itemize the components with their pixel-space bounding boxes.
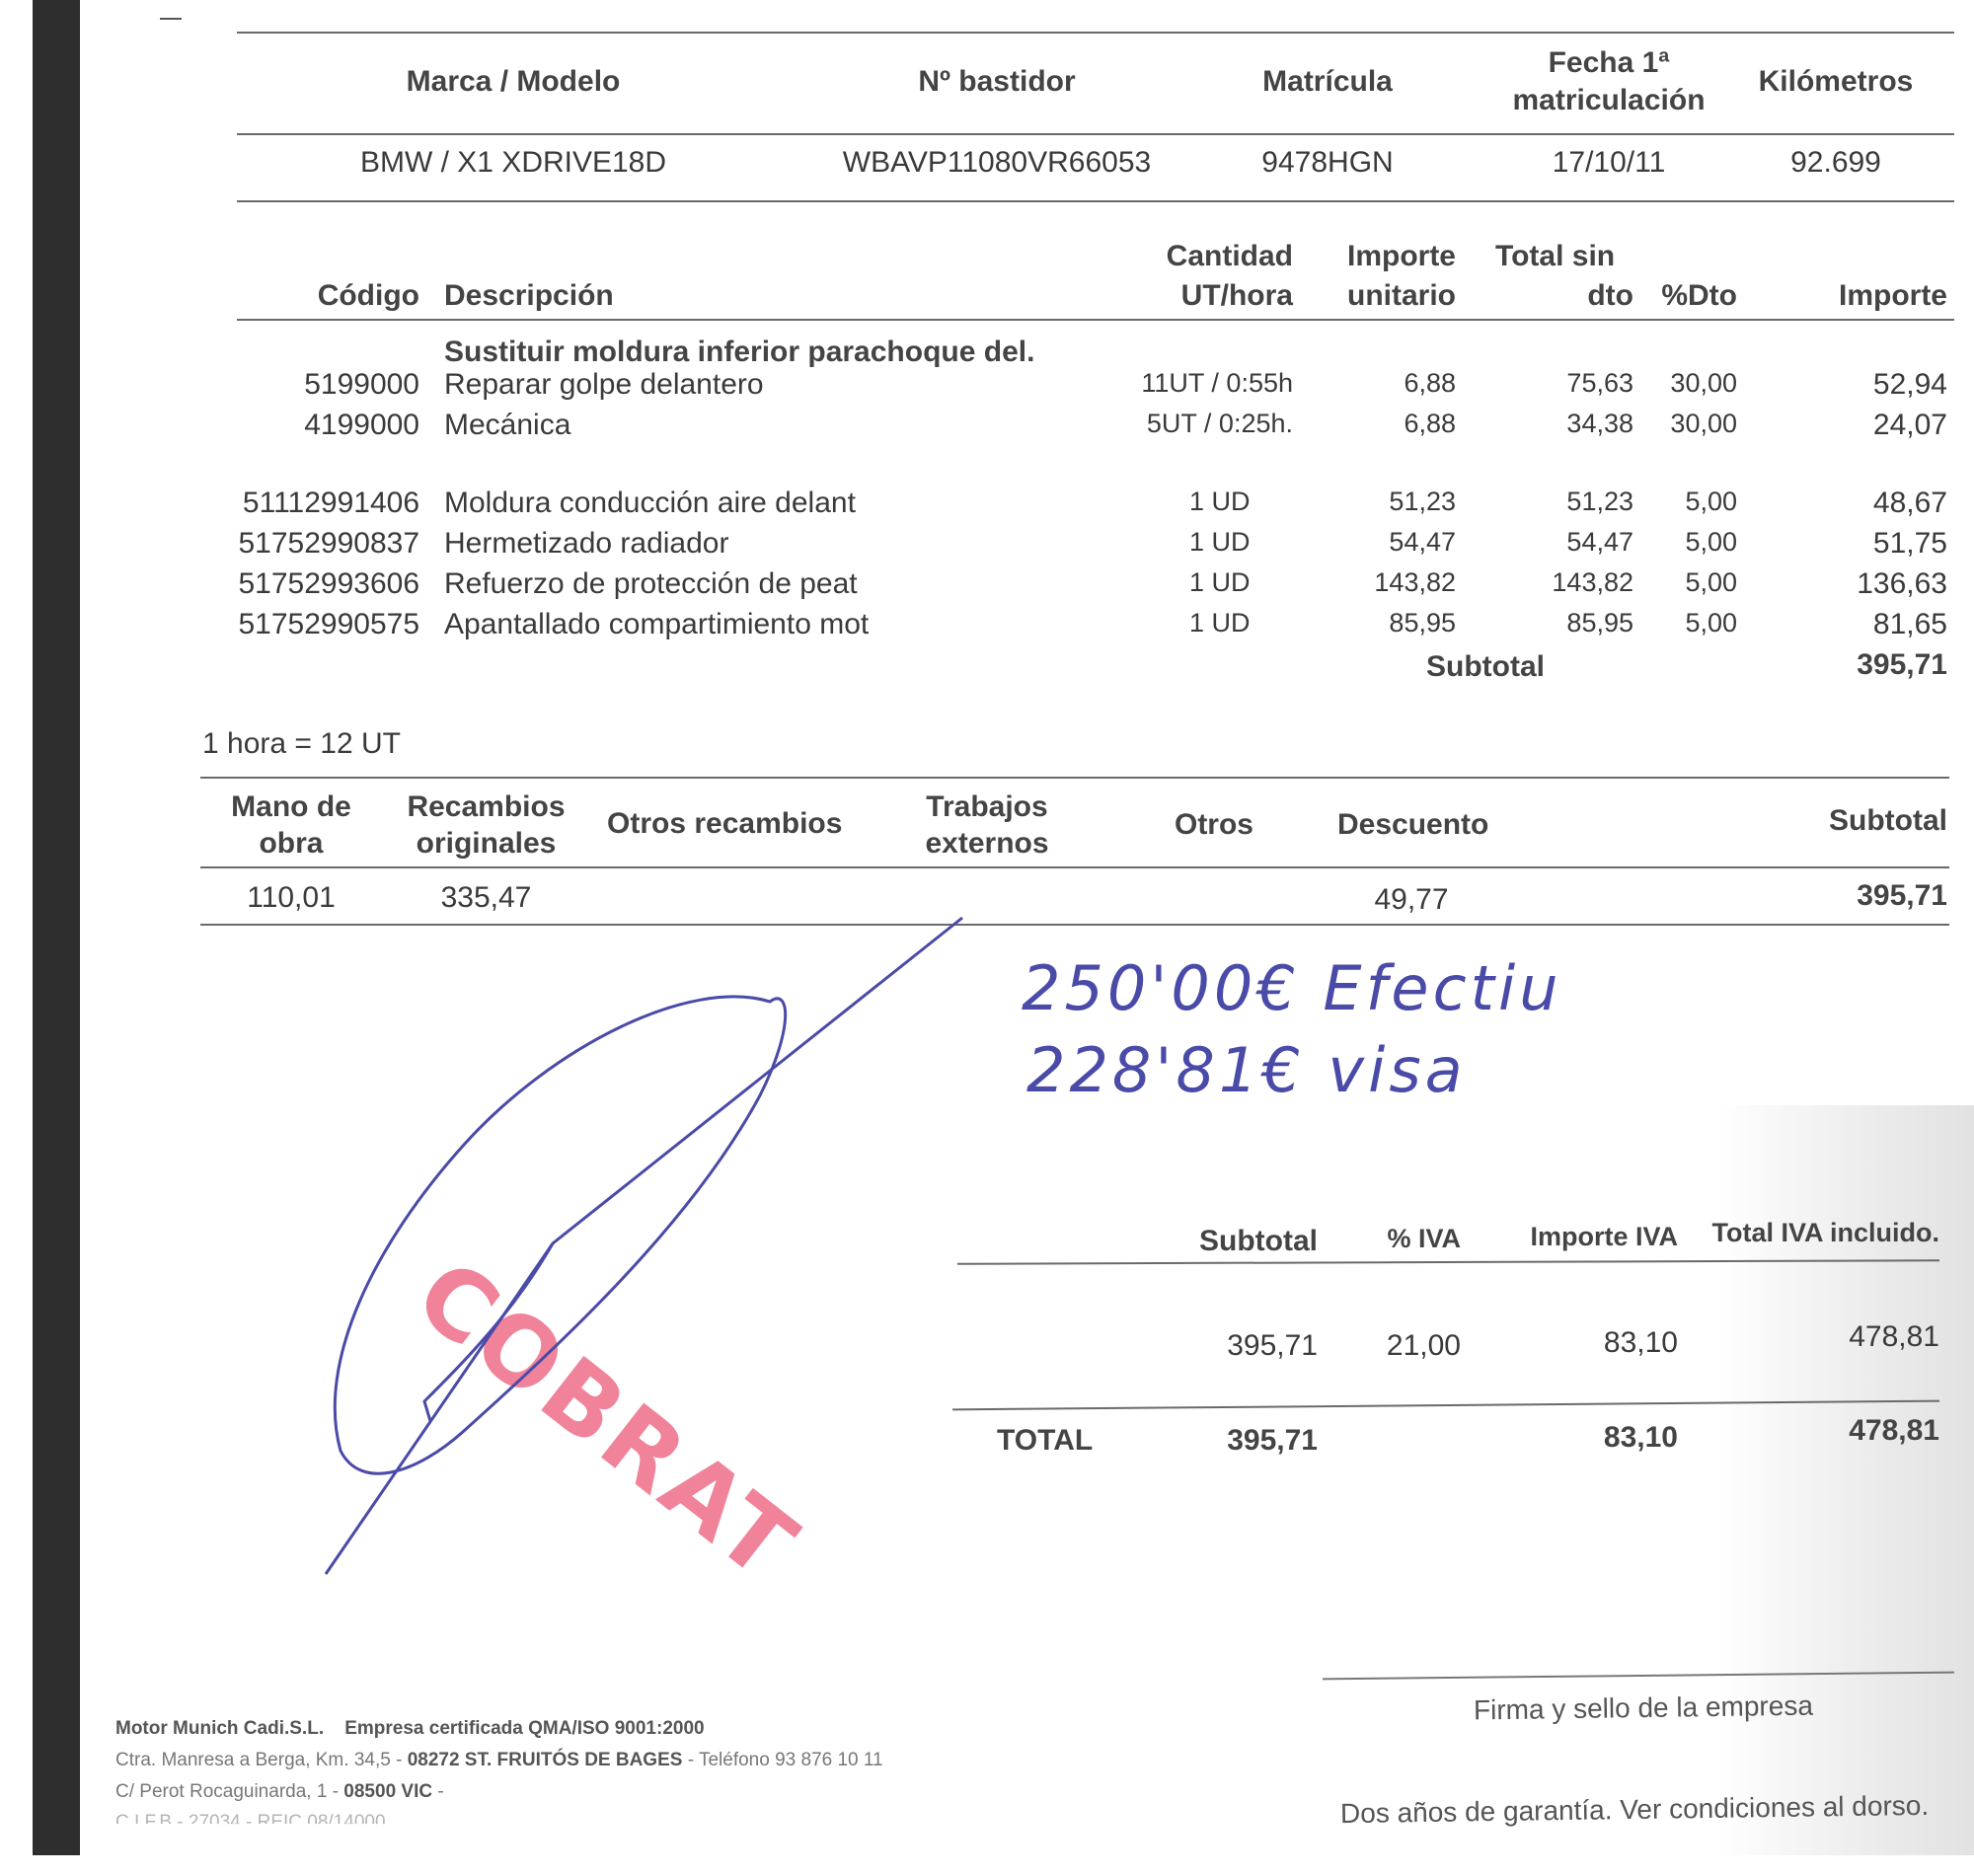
vat-header-amount: Importe IVA <box>1480 1217 1678 1256</box>
company-address-1: Ctra. Manresa a Berga, Km. 34,5 - 08272 … <box>115 1750 883 1771</box>
vat-header-subtotal: Subtotal <box>1135 1222 1318 1261</box>
company-certification: Empresa certificada QMA/ISO 9001:2000 <box>344 1718 704 1739</box>
signature-scribble <box>0 0 1974 1876</box>
vat-total-value: 478,81 <box>1688 1320 1939 1354</box>
vat-header-rate: % IVA <box>1352 1219 1461 1258</box>
total-subtotal-value: 395,71 <box>1135 1421 1318 1461</box>
company-name: Motor Munich Cadi.S.L. <box>115 1718 324 1739</box>
total-value: 478,81 <box>1688 1411 1939 1451</box>
vat-amount-value: 83,10 <box>1480 1326 1678 1360</box>
total-vat-amount-value: 83,10 <box>1480 1418 1678 1458</box>
company-address-2: C/ Perot Rocaguinarda, 1 - 08500 VIC - <box>115 1781 444 1803</box>
signature-label: Firma y sello de la empresa <box>1474 1690 1813 1727</box>
vat-subtotal-value: 395,71 <box>1135 1329 1318 1363</box>
vat-header-total: Total IVA incluido. <box>1688 1213 1939 1252</box>
total-label: TOTAL <box>997 1421 1093 1461</box>
vat-rate-value: 21,00 <box>1352 1329 1461 1363</box>
